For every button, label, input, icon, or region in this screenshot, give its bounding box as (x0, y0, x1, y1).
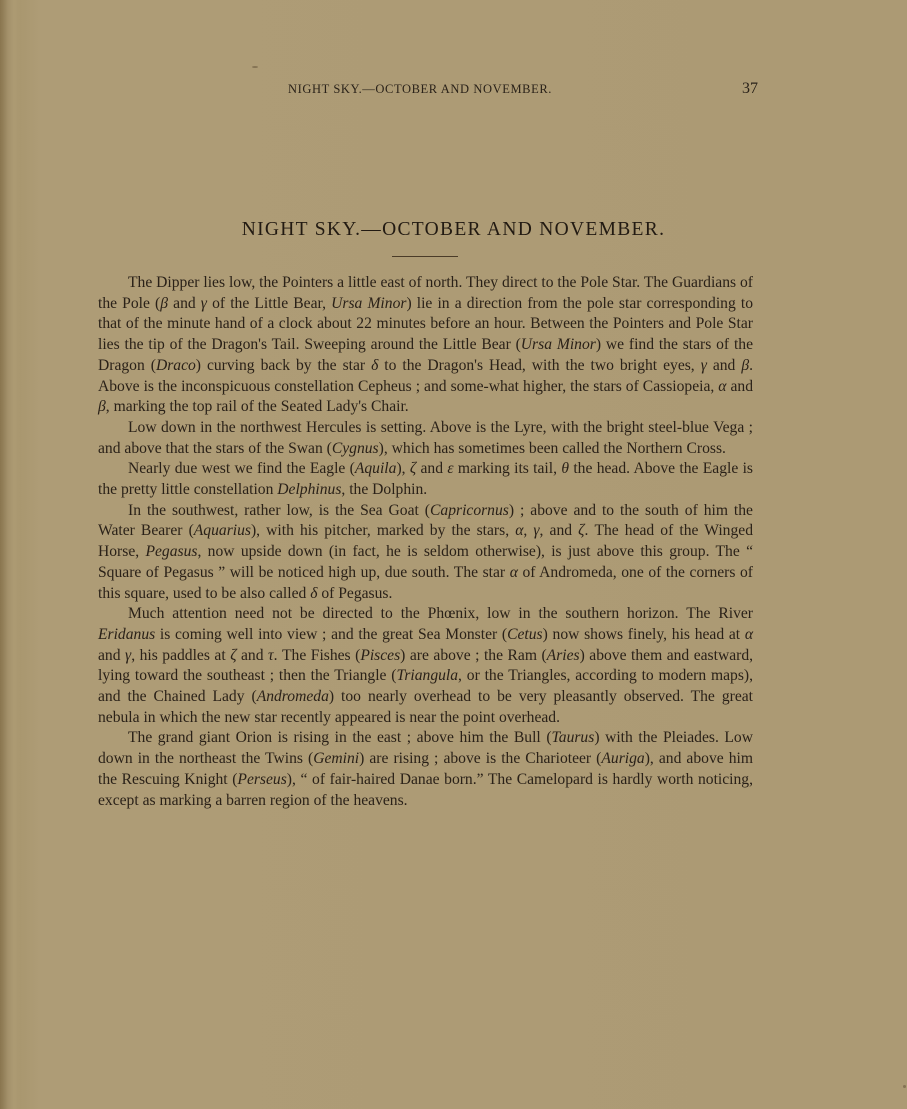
italic-term: Triangula (397, 667, 459, 684)
text-run: to the Dragon's Head, with the two brigh… (378, 357, 700, 374)
text-run: and (707, 357, 741, 374)
italic-term: β (741, 357, 749, 374)
page-number: 37 (742, 80, 758, 98)
text-run: ), which has sometimes been called the N… (379, 440, 726, 457)
paragraph: Much attention need not be directed to t… (98, 604, 753, 728)
text-run: and (237, 647, 269, 664)
italic-term: Draco (156, 357, 196, 374)
text-run: ), with his pitcher, marked by the stars… (251, 522, 515, 539)
running-head: NIGHT SKY.—OCTOBER AND NOVEMBER. 37 (288, 80, 758, 98)
text-run: , marking the top rail of the Seated Lad… (106, 398, 409, 415)
text-run: and (98, 647, 125, 664)
text-run: of Pegasus. (317, 585, 392, 602)
text-run: ), (396, 460, 409, 477)
text-run: , his paddles at (131, 647, 230, 664)
paper-speck (252, 66, 258, 68)
chapter-title: NIGHT SKY.—OCTOBER AND NOVEMBER. (0, 219, 907, 241)
text-run: , and (540, 522, 579, 539)
title-divider (392, 256, 458, 257)
italic-term: Gemini (313, 750, 359, 767)
italic-term: Auriga (601, 750, 644, 767)
paragraph: Nearly due west we find the Eagle (Aquil… (98, 459, 753, 500)
text-run: , (523, 522, 533, 539)
italic-term: Aquarius (194, 522, 251, 539)
italic-term: Delphinus (277, 481, 341, 498)
text-run: is coming well into view ; and the great… (155, 626, 507, 643)
text-run: ) are above ; the Ram ( (400, 647, 547, 664)
text-run: of the Little Bear, (207, 295, 331, 312)
italic-term: Ursa Minor (331, 295, 406, 312)
text-run: In the southwest, rather low, is the Sea… (128, 502, 430, 519)
italic-term: Eridanus (98, 626, 155, 643)
text-run: Much attention need not be directed to t… (128, 605, 753, 622)
italic-term: β (160, 295, 168, 312)
paragraph: In the southwest, rather low, is the Sea… (98, 501, 753, 605)
italic-term: Taurus (552, 729, 595, 746)
running-head-title: NIGHT SKY.—OCTOBER AND NOVEMBER. (288, 82, 552, 97)
italic-term: β (98, 398, 106, 415)
italic-term: α (745, 626, 753, 643)
paragraph: Low down in the northwest Hercules is se… (98, 418, 753, 459)
text-run: and (416, 460, 447, 477)
paper-speck (128, 549, 131, 552)
italic-term: θ (561, 460, 569, 477)
italic-term: Pisces (360, 647, 400, 664)
text-run: and (726, 378, 753, 395)
text-run: . The Fishes ( (274, 647, 361, 664)
body-text: The Dipper lies low, the Pointers a litt… (98, 273, 753, 811)
text-run: Nearly due west we find the Eagle ( (128, 460, 355, 477)
italic-term: Aquila (355, 460, 397, 477)
text-run: ) now shows finely, his head at (543, 626, 745, 643)
text-run: The grand giant Orion is rising in the e… (128, 729, 552, 746)
text-run: and (168, 295, 201, 312)
italic-term: Ursa Minor (521, 336, 596, 353)
book-page: NIGHT SKY.—OCTOBER AND NOVEMBER. 37 NIGH… (0, 0, 907, 1109)
italic-term: Pegasus (145, 543, 197, 560)
italic-term: Perseus (237, 771, 286, 788)
italic-term: Aries (547, 647, 580, 664)
italic-term: Cygnus (332, 440, 379, 457)
paragraph: The grand giant Orion is rising in the e… (98, 728, 753, 811)
text-run: marking its tail, (454, 460, 562, 477)
paper-speck (903, 1085, 906, 1088)
text-run: ) are rising ; above is the Charioteer ( (359, 750, 601, 767)
italic-term: α (510, 564, 518, 581)
text-run: ) curving back by the star (196, 357, 371, 374)
italic-term: Andromeda (257, 688, 329, 705)
spine-shadow (0, 0, 14, 1109)
paragraph: The Dipper lies low, the Pointers a litt… (98, 273, 753, 418)
italic-term: Capricornus (430, 502, 509, 519)
italic-term: Cetus (507, 626, 543, 643)
text-run: , the Dolphin. (341, 481, 427, 498)
